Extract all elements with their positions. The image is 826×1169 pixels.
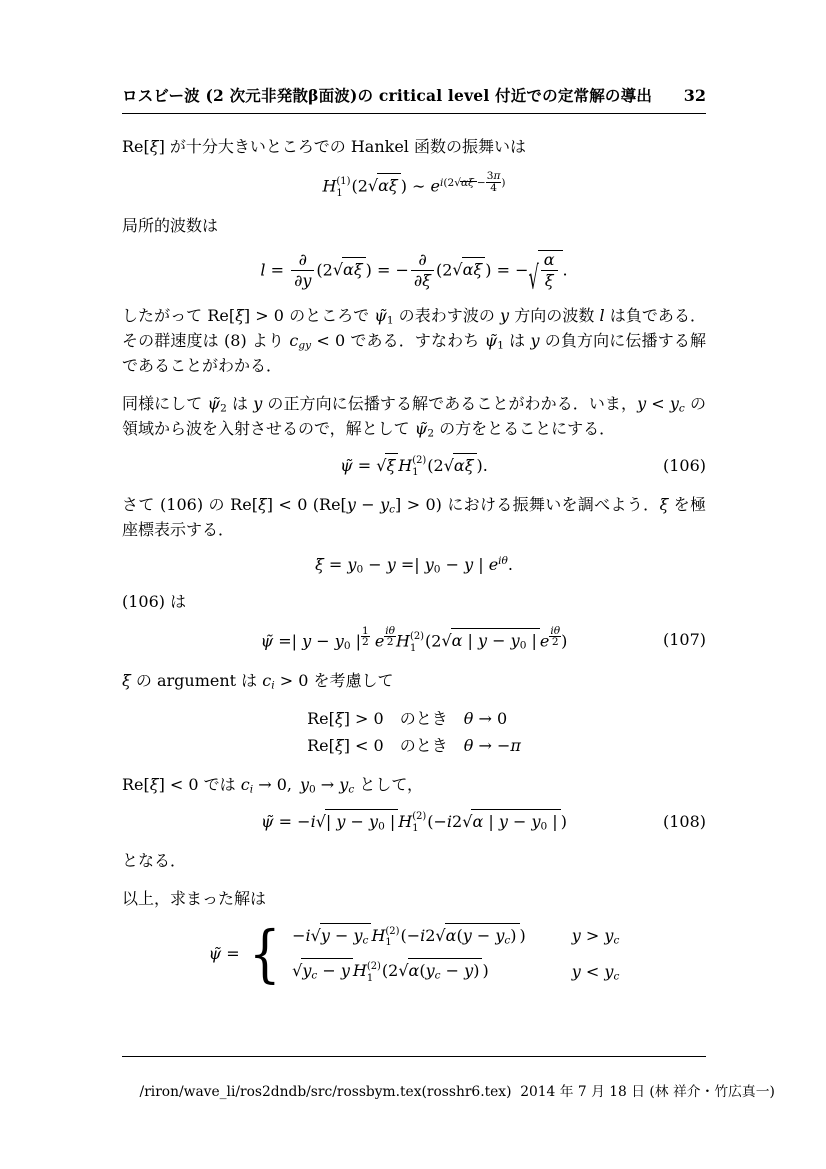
equation-108: ψ̃ = −i√| y − y0 |H(2)1(−i2√α | y − y0 |…	[122, 809, 706, 835]
footer-text: /riron/wave_li/ros2dndb/src/rossbym.tex(…	[140, 1084, 775, 1100]
paragraph-hankel-behavior: Re[ξ] が十分大きいところでの Hankel 函数の振舞いは	[122, 134, 706, 159]
equation-local-wavenumber: l = ∂∂y(2√αξ) = −∂∂ξ(2√αξ) = −√αξ.	[122, 250, 706, 290]
cases-row1-formula: −i√y − ycH(2)1(−i2√α(y − yc))	[292, 923, 526, 949]
equation-theta-conditions-math: Re[ξ] > 0 のとき θ → 0 Re[ξ] < 0 のとき θ → −π	[307, 705, 521, 759]
cases-brace: {	[249, 928, 281, 981]
page-header: ロスビー波 (2 次元非発散β面波)の critical level 付近での定…	[122, 84, 706, 114]
header-title: ロスビー波 (2 次元非発散β面波)の critical level 付近での定…	[122, 84, 652, 106]
paragraph-psi1-direction: したがって Re[ξ] > 0 のところで ψ̃1 の表わす波の y 方向の波数…	[122, 303, 706, 378]
equation-106-math: ψ̃ = √ξH(2)1(2√αξ).	[340, 453, 488, 479]
paragraph-tonaru: となる．	[122, 848, 706, 873]
equation-106-number: (106)	[663, 455, 706, 477]
paragraph-conclusion: 以上，求まった解は	[122, 886, 706, 911]
paragraph-polar-intro: さて (106) の Re[ξ] < 0 (Re[y − yc] > 0) にお…	[122, 492, 706, 542]
paragraph-local-wavenumber-intro: 局所的波数は	[122, 213, 706, 238]
paragraph-argument: ξ の argument は ci > 0 を考慮して	[122, 668, 706, 693]
equation-107-number: (107)	[663, 629, 706, 651]
equation-theta-conditions: Re[ξ] > 0 のとき θ → 0 Re[ξ] < 0 のとき θ → −π	[122, 705, 706, 759]
equation-hankel-asymptotic-math: H(1)1(2√αξ) ∼ ei(2√αξ−3π4)	[322, 171, 505, 200]
cases-row2-formula: √yc − yH(2)1(2√α(yc − y))	[292, 958, 526, 984]
equation-cases-solution: ψ̃ = { −i√y − ycH(2)1(−i2√α(y − yc)) y >…	[122, 923, 706, 985]
header-page-number: 32	[684, 86, 706, 105]
equation-108-number: (108)	[663, 811, 706, 833]
page-footer: /riron/wave_li/ros2dndb/src/rossbym.tex(…	[122, 1056, 706, 1116]
equation-hankel-asymptotic: H(1)1(2√αξ) ∼ ei(2√αξ−3π4)	[122, 171, 706, 200]
page-body: Re[ξ] が十分大きいところでの Hankel 函数の振舞いは H(1)1(2…	[122, 134, 706, 997]
cases-row2-condition: y < yc	[572, 961, 620, 983]
equation-108-math: ψ̃ = −i√| y − y0 |H(2)1(−i2√α | y − y0 |…	[261, 809, 567, 835]
cases-lhs: ψ̃ =	[209, 943, 240, 965]
theta-condition-positive: Re[ξ] > 0 のとき θ → 0	[307, 705, 521, 732]
equation-cases-math: ψ̃ = { −i√y − ycH(2)1(−i2√α(y − yc)) y >…	[209, 923, 620, 985]
cases-grid: −i√y − ycH(2)1(−i2√α(y − yc)) y > yc √yc…	[292, 923, 619, 985]
equation-local-wavenumber-math: l = ∂∂y(2√αξ) = −∂∂ξ(2√αξ) = −√αξ.	[260, 250, 567, 290]
paragraph-psi2-direction: 同様にして ψ̃2 は y の正方向に伝播する解であることがわかる．いま，y <…	[122, 391, 706, 441]
cases-row1-condition: y > yc	[572, 925, 620, 947]
equation-107-math: ψ̃ =| y − y0 |12 eiθ2H(2)1(2√α | y − y0 …	[261, 626, 568, 655]
paragraph-eq106-wa: (106) は	[122, 589, 706, 614]
equation-106: ψ̃ = √ξH(2)1(2√αξ). (106)	[122, 453, 706, 479]
paragraph-limit: Re[ξ] < 0 では ci → 0, y0 → yc として，	[122, 772, 706, 797]
equation-107: ψ̃ =| y − y0 |12 eiθ2H(2)1(2√α | y − y0 …	[122, 626, 706, 655]
equation-polar-form-math: ξ = y0 − y =| y0 − y | eiθ.	[315, 554, 513, 576]
theta-condition-negative: Re[ξ] < 0 のとき θ → −π	[307, 732, 521, 759]
document-page: ロスビー波 (2 次元非発散β面波)の critical level 付近での定…	[0, 0, 826, 1169]
equation-polar-form: ξ = y0 − y =| y0 − y | eiθ.	[122, 554, 706, 576]
